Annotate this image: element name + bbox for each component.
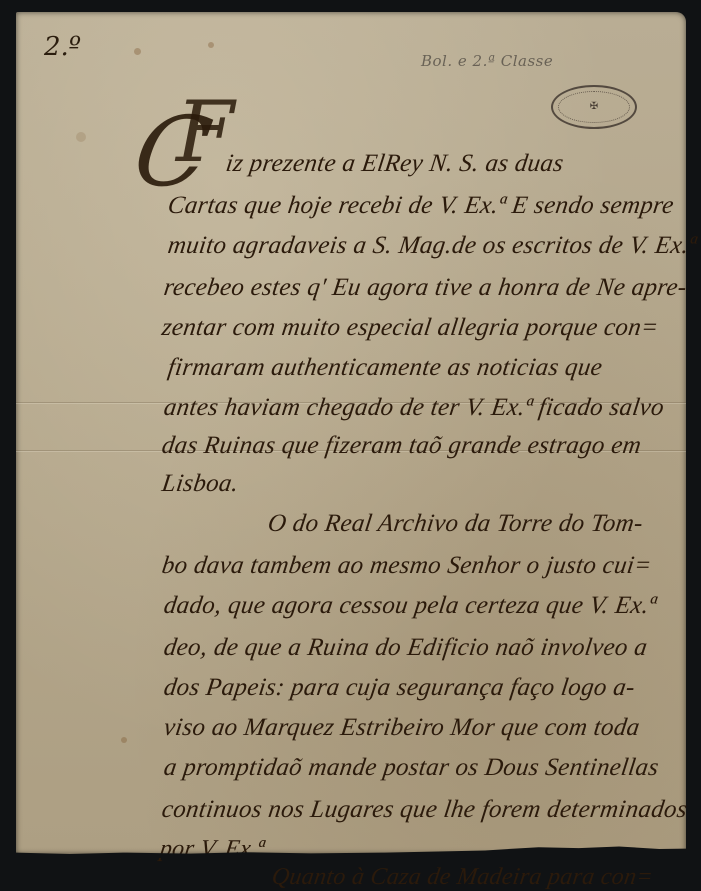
- stain: [121, 737, 127, 743]
- text-line: continuos nos Lugares que lhe forem dete…: [160, 796, 689, 824]
- text-line: recebeo estes q' Eu agora tive a honra d…: [162, 274, 688, 302]
- manuscript-page: 2.º Bol. e 2.ª Classe ✠ C F iz prezente …: [16, 12, 686, 854]
- folio-number: 2.º: [44, 32, 81, 62]
- text-line: muito agradaveis a S. Mag.de os escritos…: [166, 232, 698, 260]
- text-line: Lisboa.: [160, 470, 240, 498]
- text-line: bo dava tambem ao mesmo Senhor o justo c…: [160, 552, 653, 580]
- pencil-annotation: Bol. e 2.ª Classe: [421, 52, 553, 70]
- text-line: zentar com muito especial allegria porqu…: [160, 314, 660, 342]
- stain: [208, 42, 214, 48]
- text-line: dado, que agora cessou pela certeza que …: [162, 592, 658, 620]
- text-line: antes haviam chegado de ter V. Ex.ª fica…: [162, 394, 666, 422]
- stain: [76, 132, 86, 142]
- text-line: Cartas que hoje recebi de V. Ex.ª E send…: [166, 192, 676, 220]
- stain: [134, 48, 141, 55]
- archive-stamp: ✠: [551, 85, 637, 129]
- torn-edge: [16, 840, 686, 858]
- text-line: O do Real Archivo da Torre do Tom-: [266, 510, 645, 538]
- text-line: firmaram authenticamente as noticias que: [166, 354, 604, 382]
- text-line: deo, de que a Ruina do Edificio naõ invo…: [162, 634, 649, 662]
- stamp-inner-ring: ✠: [558, 91, 630, 123]
- text-line: iz prezente a ElRey N. S. as duas: [224, 150, 565, 178]
- text-line: das Ruinas que fizeram taõ grande estrag…: [160, 432, 643, 460]
- text-line: viso ao Marquez Estribeiro Mor que com t…: [162, 714, 642, 742]
- crest-icon: ✠: [590, 104, 598, 110]
- text-line: dos Papeis: para cuja segurança faço log…: [162, 674, 637, 702]
- text-line: a promptidaõ mande postar os Dous Sentin…: [162, 754, 660, 782]
